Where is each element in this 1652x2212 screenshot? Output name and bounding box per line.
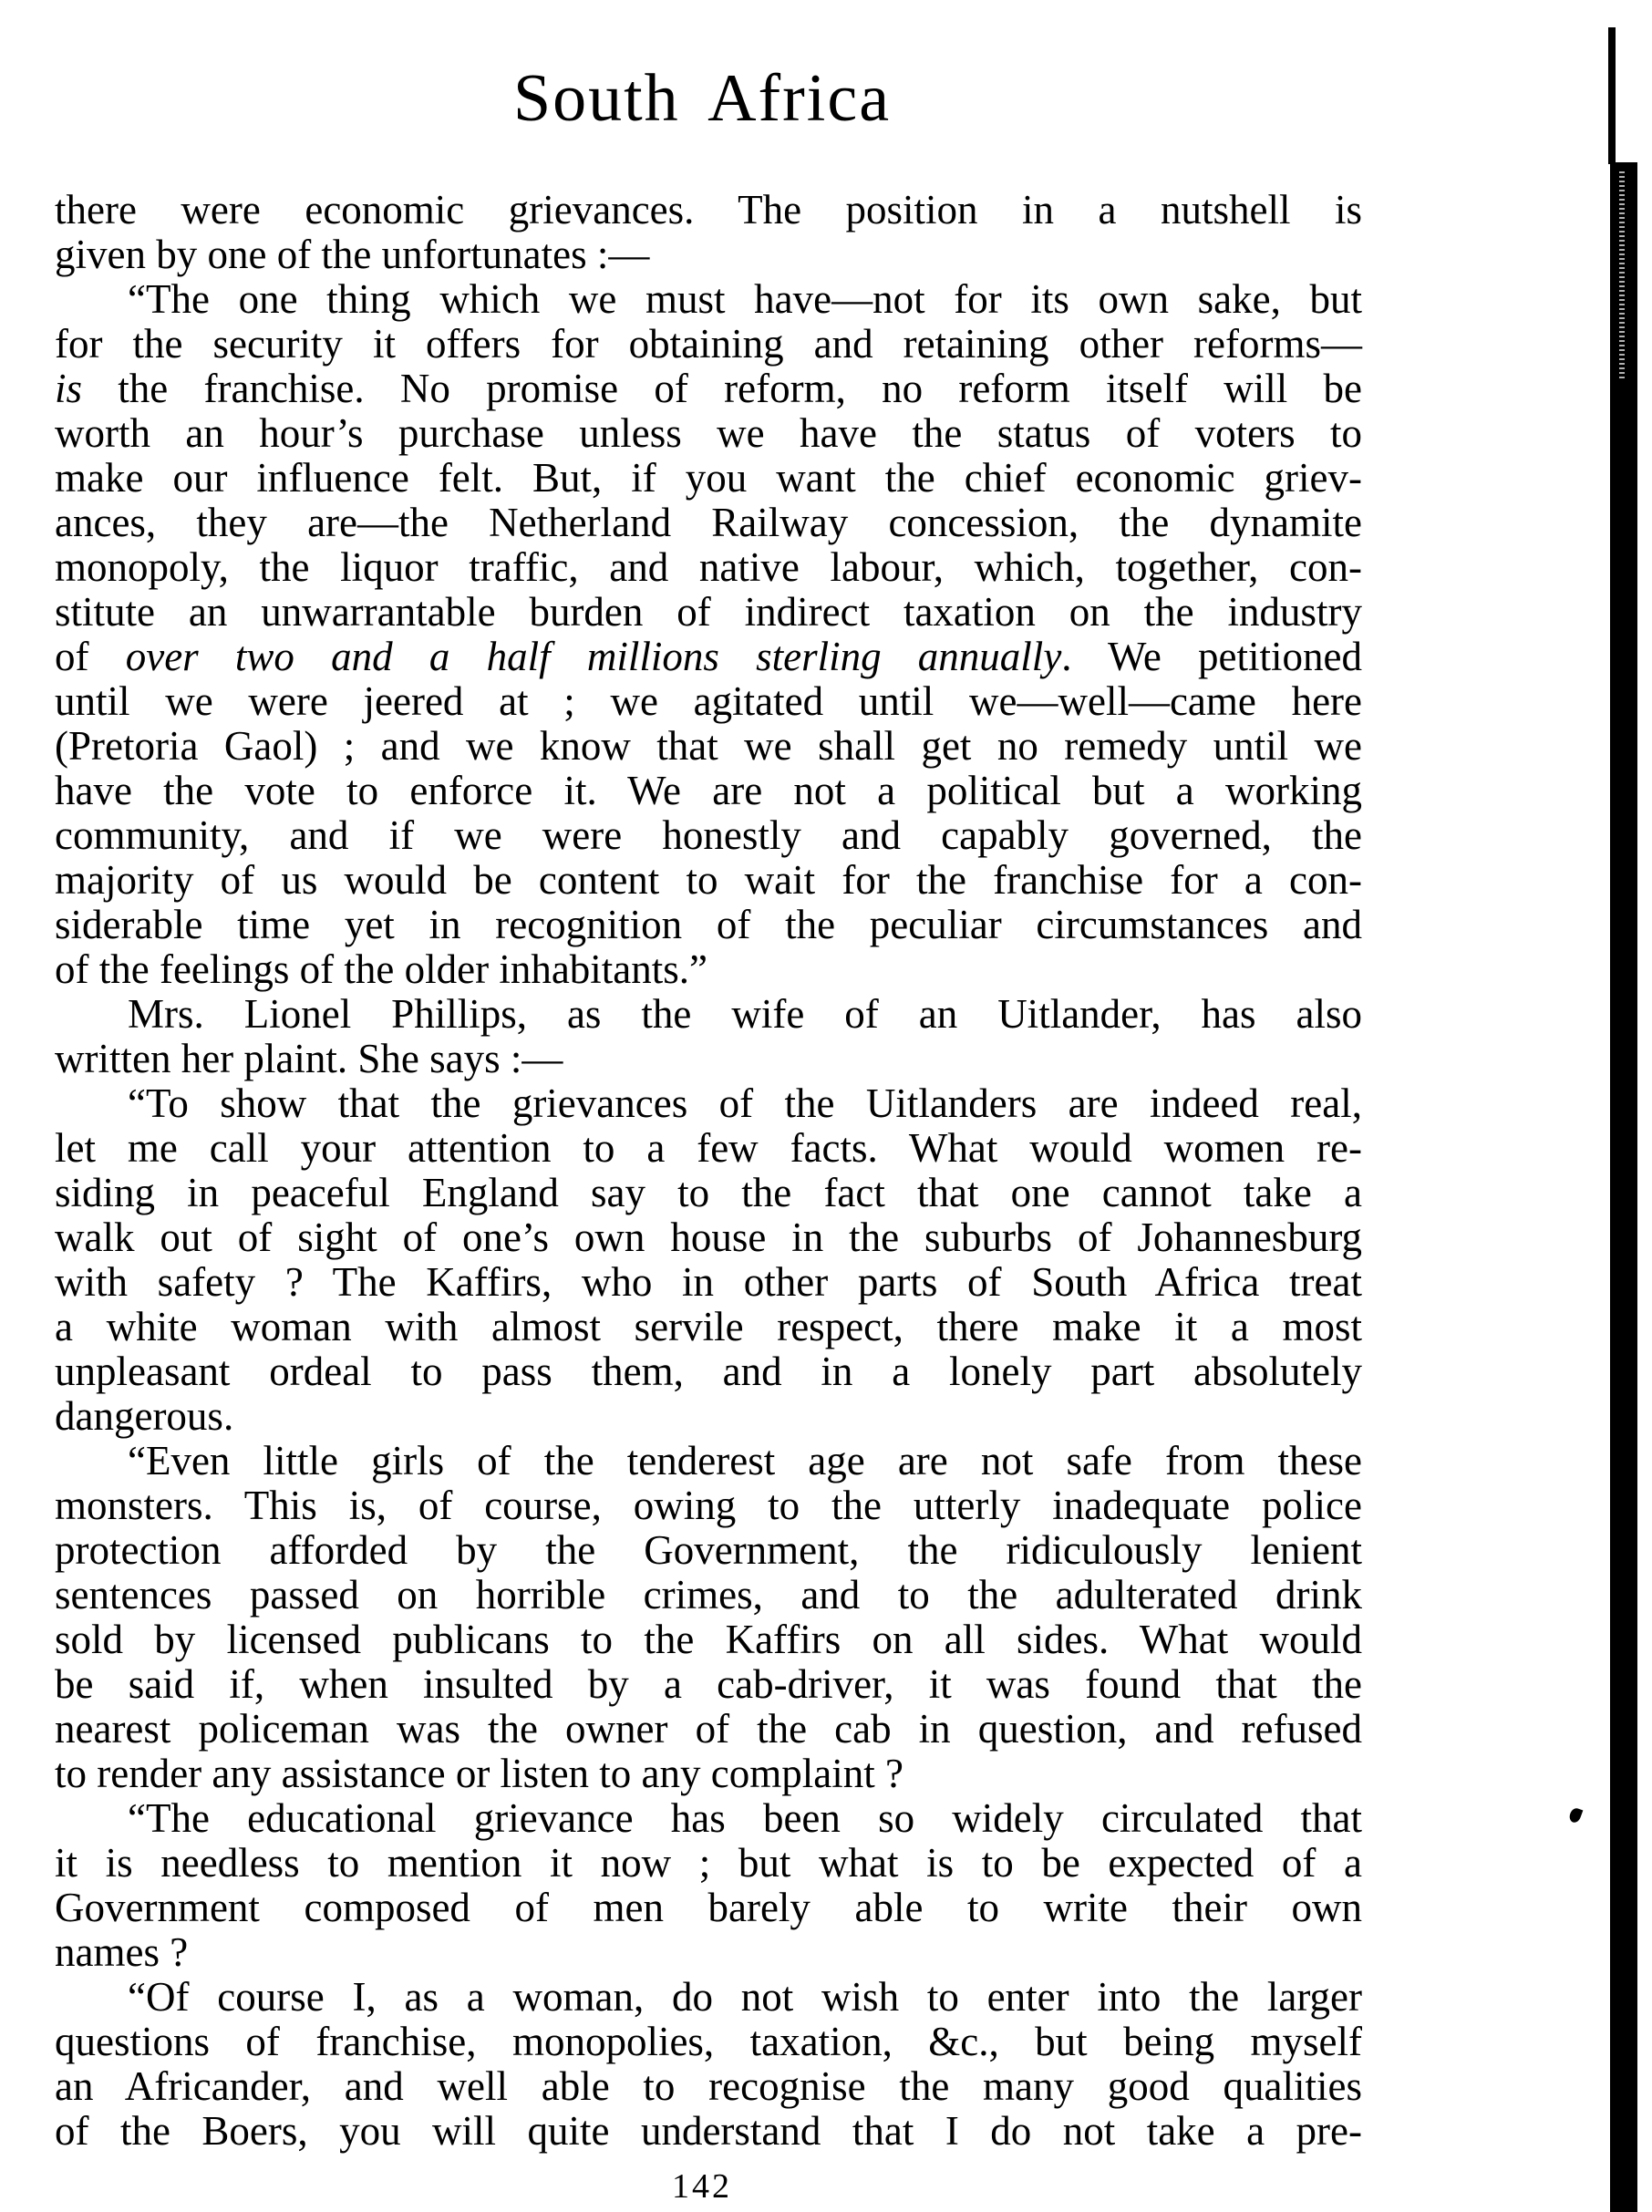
text-line: sentences passed on horrible crimes, and… (55, 1573, 1362, 1618)
text-line: Mrs. Lionel Phillips, as the wife of an … (55, 992, 1362, 1037)
book-spine-edge (1603, 0, 1639, 2212)
text-line: make our influence felt. But, if you wan… (55, 456, 1362, 501)
text-line: of the Boers, you will quite understand … (55, 2109, 1362, 2154)
text-line: “To show that the grievances of the Uitl… (55, 1081, 1362, 1126)
text-line: given by one of the unfortunates :— (55, 233, 1362, 277)
text-line: ances, they are—the Netherland Railway c… (55, 501, 1362, 545)
text-line: “Of course I, as a woman, do not wish to… (55, 1975, 1362, 2020)
text-line: Government composed of men barely able t… (55, 1886, 1362, 1930)
text-line: until we were jeered at ; we agitated un… (55, 679, 1362, 724)
text-line: monopoly, the liquor traffic, and native… (55, 545, 1362, 590)
page-edge-shadow (1610, 162, 1637, 2212)
text-line: dangerous. (55, 1394, 1362, 1439)
scan-artifact-mark (1568, 1806, 1584, 1824)
text-line: “Even little girls of the tenderest age … (55, 1439, 1362, 1483)
text-line: be said if, when insulted by a cab-drive… (55, 1662, 1362, 1707)
text-line: an Africander, and well able to recognis… (55, 2064, 1362, 2109)
text-line: with safety ? The Kaffirs, who in other … (55, 1260, 1362, 1305)
text-line: there were economic grievances. The posi… (55, 188, 1362, 233)
page-number: 142 (0, 2168, 1404, 2205)
text-line: monsters. This is, of course, owing to t… (55, 1483, 1362, 1528)
text-line: let me call your attention to a few fact… (55, 1126, 1362, 1171)
text-line: majority of us would be content to wait … (55, 858, 1362, 903)
text-line: protection afforded by the Government, t… (55, 1528, 1362, 1573)
text-line: names ? (55, 1930, 1362, 1975)
italic-text: over two and a half millions sterling an… (126, 634, 1062, 679)
text-line: of the feelings of the older inhabitants… (55, 947, 1362, 992)
text-line: community, and if we were honestly and c… (55, 813, 1362, 858)
text-line: it is needless to mention it now ; but w… (55, 1841, 1362, 1886)
text-line: stitute an unwarrantable burden of indir… (55, 590, 1362, 635)
text-line: of over two and a half millions sterling… (55, 635, 1362, 679)
text-line: “The educational grievance has been so w… (55, 1796, 1362, 1841)
text-line: to render any assistance or listen to an… (55, 1752, 1362, 1796)
text-line: walk out of sight of one’s own house in … (55, 1215, 1362, 1260)
page-title: South Africa (0, 62, 1404, 135)
page-edge-shadow-upper (1608, 27, 1616, 164)
text-line: written her plaint. She says :— (55, 1037, 1362, 1081)
text-segment: of (55, 634, 126, 679)
text-line: siderable time yet in recognition of the… (55, 903, 1362, 947)
text-segment: . We petitioned (1061, 634, 1362, 679)
text-line: questions of franchise, monopolies, taxa… (55, 2020, 1362, 2064)
text-line: for the security it offers for obtaining… (55, 322, 1362, 367)
text-line: have the vote to enforce it. We are not … (55, 769, 1362, 813)
text-line: siding in peaceful England say to the fa… (55, 1171, 1362, 1215)
text-line: sold by licensed publicans to the Kaffir… (55, 1618, 1362, 1662)
text-line: a white woman with almost servile respec… (55, 1305, 1362, 1349)
body-text: there were economic grievances. The posi… (55, 188, 1362, 2154)
text-line: nearest policeman was the owner of the c… (55, 1707, 1362, 1752)
italic-text: is (55, 366, 82, 411)
text-line: unpleasant ordeal to pass them, and in a… (55, 1349, 1362, 1394)
text-line: (Pretoria Gaol) ; and we know that we sh… (55, 724, 1362, 769)
text-segment: the franchise. No promise of reform, no … (82, 366, 1362, 411)
text-line: “The one thing which we must have—not fo… (55, 277, 1362, 322)
text-line: is the franchise. No promise of reform, … (55, 367, 1362, 411)
page-edge-speckle (1619, 169, 1625, 378)
text-line: worth an hour’s purchase unless we have … (55, 411, 1362, 456)
